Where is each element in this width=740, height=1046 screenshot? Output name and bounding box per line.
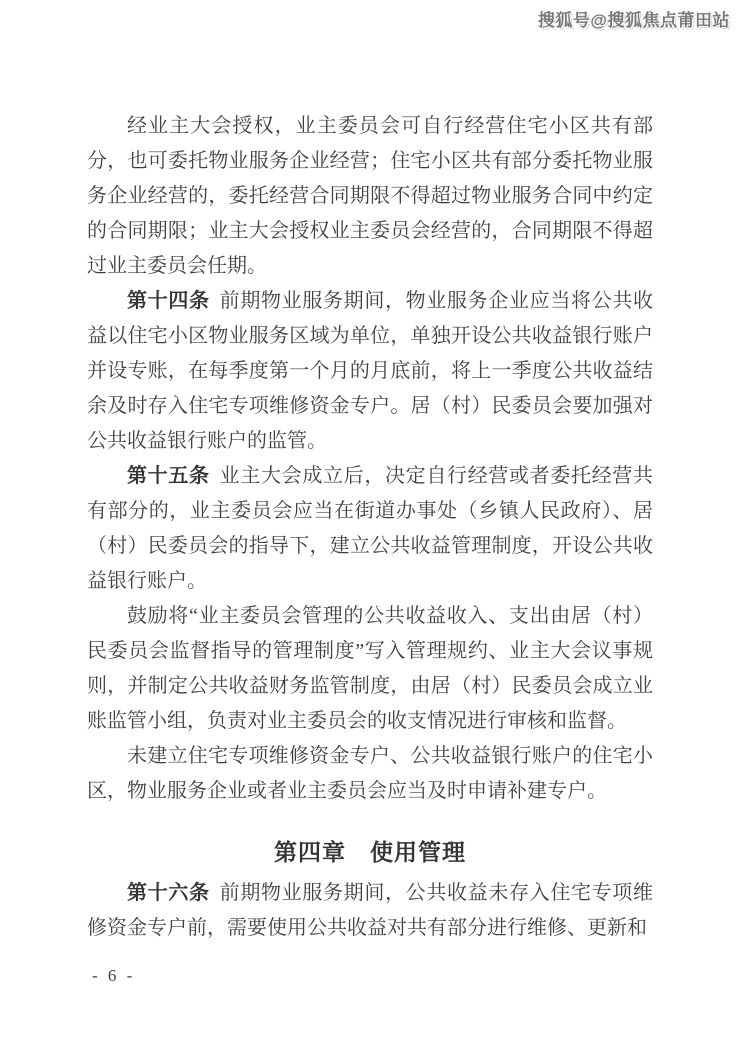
article-number: 第十四条 [127, 290, 220, 312]
paragraph-text: 前期物业服务期间，物业服务企业应当将公共收益以住宅小区物业服务区域为单位，单独开… [87, 290, 653, 452]
paragraph-text: 鼓励将“业主委员会管理的公共收益收入、支出由居（村）民委员会监督指导的管理制度”… [87, 605, 653, 732]
paragraph: 鼓励将“业主委员会管理的公共收益收入、支出由居（村）民委员会监督指导的管理制度”… [87, 599, 653, 739]
document-page: 搜狐号@搜狐焦点莆田站 经业主大会授权，业主委员会可自行经营住宅小区共有部分，也… [0, 0, 740, 1046]
document-body: 经业主大会授权，业主委员会可自行经营住宅小区共有部分，也可委托物业服务企业经营；… [87, 109, 653, 946]
paragraph: 经业主大会授权，业主委员会可自行经营住宅小区共有部分，也可委托物业服务企业经营；… [87, 109, 653, 284]
watermark-text: 搜狐号@搜狐焦点莆田站 [538, 11, 730, 31]
paragraph: 第十五条业主大会成立后，决定自行经营或者委托经营共有部分的，业主委员会应当在街道… [87, 459, 653, 599]
paragraph: 第十四条前期物业服务期间，物业服务企业应当将公共收益以住宅小区物业服务区域为单位… [87, 284, 653, 459]
page-number: - 6 - [92, 966, 135, 986]
paragraph: 未建立住宅专项维修资金专户、公共收益银行账户的住宅小区，物业服务企业或者业主委员… [87, 739, 653, 809]
article-number: 第十六条 [127, 882, 220, 904]
paragraph-text: 未建立住宅专项维修资金专户、公共收益银行账户的住宅小区，物业服务企业或者业主委员… [87, 745, 653, 802]
chapter-heading: 第四章 使用管理 [87, 837, 653, 867]
paragraph: 第十六条前期物业服务期间，公共收益未存入住宅专项维修资金专户前，需要使用公共收益… [87, 876, 653, 946]
article-number: 第十五条 [127, 465, 220, 487]
paragraph-text: 经业主大会授权，业主委员会可自行经营住宅小区共有部分，也可委托物业服务企业经营；… [87, 115, 653, 277]
